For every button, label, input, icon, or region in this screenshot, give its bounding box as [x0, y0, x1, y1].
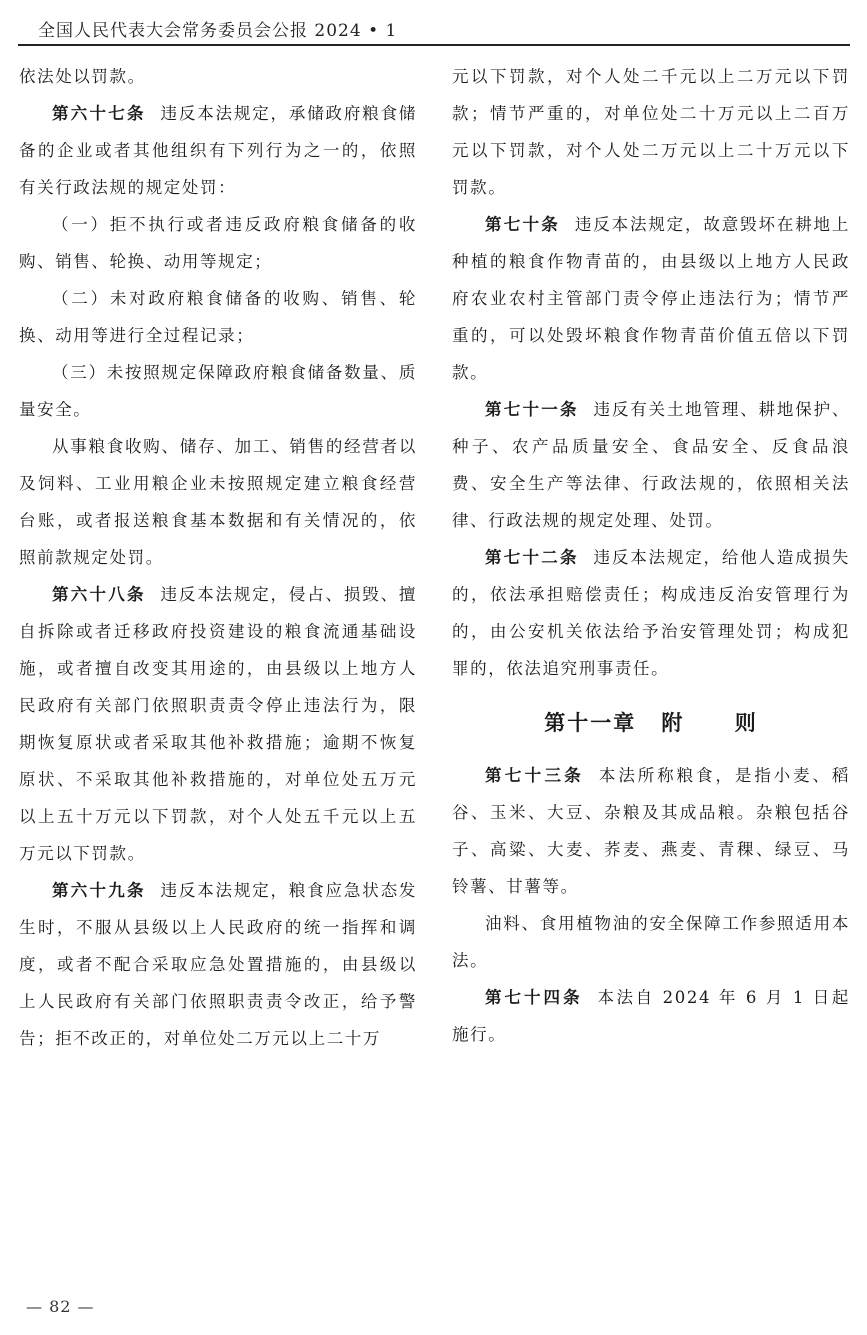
journal-title: 全国人民代表大会常务委员会公报 2024 • 1: [38, 16, 397, 41]
paragraph-text: 元以下罚款，对个人处二千元以上二万元以下罚款；情节严重的，对单位处二十万元以上二…: [452, 67, 850, 197]
paragraph: （三）未按照规定保障政府粮食储备数量、质量安全。: [19, 354, 417, 428]
paragraph-text: 本法所称粮食，是指小麦、稻谷、玉米、大豆、杂粮及其成品粮。杂粮包括谷子、高粱、大…: [452, 766, 850, 896]
paragraph: （一）拒不执行或者违反政府粮食储备的收购、销售、轮换、动用等规定；: [19, 206, 417, 280]
right-column: 元以下罚款，对个人处二千元以上二万元以下罚款；情节严重的，对单位处二十万元以上二…: [452, 58, 850, 1053]
paragraph-text: 违反本法规定，给他人造成损失的，依法承担赔偿责任；构成违反治安管理行为的，由公安…: [452, 548, 850, 678]
article-label: 第七十三条: [485, 766, 584, 785]
paragraph-text: 违反本法规定，侵占、损毁、擅自拆除或者迁移政府投资建设的粮食流通基础设施，或者擅…: [19, 585, 417, 863]
chapter-heading: 第十一章附则: [452, 699, 850, 747]
article-label: 第六十七条: [52, 104, 146, 123]
article-paragraph: 第六十九条违反本法规定，粮食应急状态发生时，不服从县级以上人民政府的统一指挥和调…: [19, 872, 417, 1057]
paragraph-text: （二）未对政府粮食储备的收购、销售、轮换、动用等进行全过程记录；: [19, 289, 417, 345]
paragraph-text: 油料、食用植物油的安全保障工作参照适用本法。: [452, 914, 850, 970]
article-label: 第六十九条: [52, 881, 146, 900]
chapter-number: 第十一章: [544, 711, 636, 735]
paragraph-text: 违反本法规定，故意毁坏在耕地上种植的粮食作物青苗的，由县级以上地方人民政府农业农…: [452, 215, 850, 382]
article-paragraph: 第七十条违反本法规定，故意毁坏在耕地上种植的粮食作物青苗的，由县级以上地方人民政…: [452, 206, 850, 391]
chapter-title-part: 附: [661, 711, 684, 735]
paragraph-text: 违反有关土地管理、耕地保护、种子、农产品质量安全、食品安全、反食品浪费、安全生产…: [452, 400, 850, 530]
left-column: 依法处以罚款。第六十七条违反本法规定，承储政府粮食储备的企业或者其他组织有下列行…: [19, 58, 417, 1057]
article-paragraph: 第七十四条本法自 2024 年 6 月 1 日起施行。: [452, 979, 850, 1053]
page-header: 全国人民代表大会常务委员会公报 2024 • 1: [18, 10, 850, 46]
article-paragraph: 第六十七条违反本法规定，承储政府粮食储备的企业或者其他组织有下列行为之一的，依照…: [19, 95, 417, 206]
paragraph-text: 依法处以罚款。: [19, 67, 146, 86]
paragraph: （二）未对政府粮食储备的收购、销售、轮换、动用等进行全过程记录；: [19, 280, 417, 354]
article-paragraph: 第七十二条违反本法规定，给他人造成损失的，依法承担赔偿责任；构成违反治安管理行为…: [452, 539, 850, 687]
paragraph-text: 违反本法规定，粮食应急状态发生时，不服从县级以上人民政府的统一指挥和调度，或者不…: [19, 881, 417, 1048]
article-label: 第七十二条: [485, 548, 579, 567]
paragraph: 元以下罚款，对个人处二千元以上二万元以下罚款；情节严重的，对单位处二十万元以上二…: [452, 58, 850, 206]
article-paragraph: 第七十一条违反有关土地管理、耕地保护、种子、农产品质量安全、食品安全、反食品浪费…: [452, 391, 850, 539]
paragraph: 从事粮食收购、储存、加工、销售的经营者以及饲料、工业用粮企业未按照规定建立粮食经…: [19, 428, 417, 576]
article-label: 第七十四条: [485, 988, 583, 1007]
article-label: 第七十一条: [485, 400, 579, 419]
article-label: 第七十条: [485, 215, 560, 234]
paragraph-text: （一）拒不执行或者违反政府粮食储备的收购、销售、轮换、动用等规定；: [19, 215, 417, 271]
paragraph-text: （三）未按照规定保障政府粮食储备数量、质量安全。: [19, 363, 417, 419]
paragraph: 油料、食用植物油的安全保障工作参照适用本法。: [452, 905, 850, 979]
page-number: — 82 —: [26, 1297, 95, 1316]
article-paragraph: 第六十八条违反本法规定，侵占、损毁、擅自拆除或者迁移政府投资建设的粮食流通基础设…: [19, 576, 417, 872]
paragraph: 依法处以罚款。: [19, 58, 417, 95]
article-label: 第六十八条: [52, 585, 146, 604]
article-paragraph: 第七十三条本法所称粮食，是指小麦、稻谷、玉米、大豆、杂粮及其成品粮。杂粮包括谷子…: [452, 757, 850, 905]
paragraph-text: 从事粮食收购、储存、加工、销售的经营者以及饲料、工业用粮企业未按照规定建立粮食经…: [19, 437, 417, 567]
chapter-title-part: 则: [735, 711, 758, 735]
